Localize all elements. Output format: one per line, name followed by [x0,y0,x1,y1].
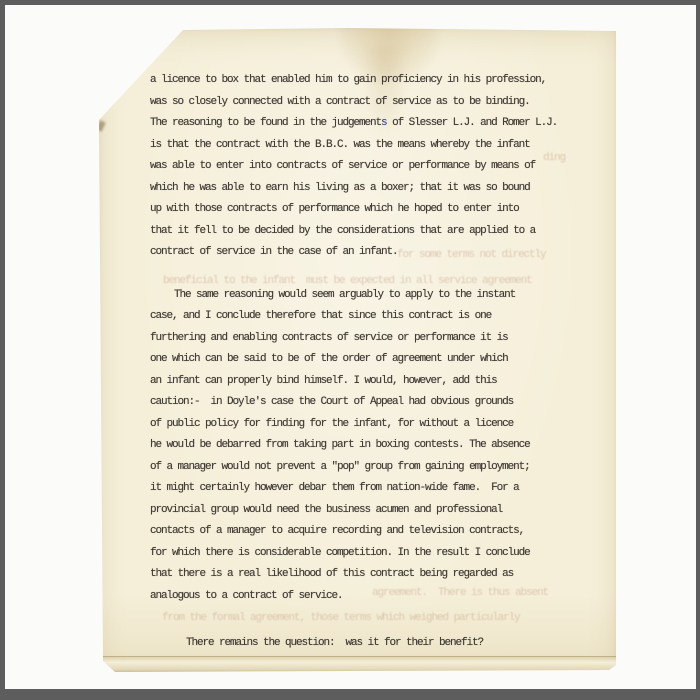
text-line: There remains the question: was it for t… [150,633,580,655]
bleed-through-text: agreement. There is thus absent [372,586,548,600]
text-line: furthering and enabling contracts of ser… [150,328,580,350]
text-segment: The reasoning to be found in the judgeme… [150,117,381,129]
text-segment: of Slesser L.J. and Romer L.J. [387,117,558,129]
scan-backdrop: a licence to box that enabled him to gai… [5,5,696,689]
text-line: that it fell to be decided by the consid… [150,221,580,243]
text-line: is that the contract with the B.B.C. was… [150,135,580,157]
document-page: a licence to box that enabled him to gai… [99,28,617,672]
text-line: case, and I conclude therefore that sinc… [150,306,580,328]
scanned-photo: a licence to box that enabled him to gai… [0,0,700,700]
text-line: was so closely connected with a contract… [150,92,580,114]
paragraph: a licence to box that enabled him to gai… [150,70,580,264]
text-line: The reasoning to be found in the judgeme… [150,113,580,135]
bleed-through-text: ding [543,151,565,165]
text-line: a licence to box that enabled him to gai… [150,70,580,92]
paragraph: The same reasoning would seem arguably t… [150,285,580,608]
text-line: one which can be said to be of the order… [150,349,580,371]
torn-edge-notch [96,120,106,132]
text-line: caution:- in Doyle's case the Court of A… [150,392,580,414]
text-line: that there is a real likelihood of this … [150,564,580,586]
text-line: it might certainly however debar them fr… [150,478,580,500]
text-line: of public policy for finding for the inf… [150,414,580,436]
bleed-through-text: from the formal agreement, those terms w… [162,611,520,625]
text-line: for which there is considerable competit… [150,543,580,565]
text-line: contacts of a manager to acquire recordi… [150,521,580,543]
text-line: provincial group would need the business… [150,500,580,522]
text-line: which he was able to earn his living as … [150,178,580,200]
text-line: was able to enter into contracts of serv… [150,156,580,178]
bleed-through-text: beneficial to the infant must be expecte… [163,274,532,288]
fold-crease [99,656,617,672]
text-line: an infant can properly bind himself. I w… [150,371,580,393]
text-line: he would be debarred from taking part in… [150,435,580,457]
bleed-through-text: for some terms not directly [397,248,546,262]
text-line: of a manager would not prevent a "pop" g… [150,457,580,479]
text-line: up with those contracts of performance w… [150,199,580,221]
paragraph: There remains the question: was it for t… [150,633,580,655]
typewritten-text: a licence to box that enabled him to gai… [150,70,580,655]
